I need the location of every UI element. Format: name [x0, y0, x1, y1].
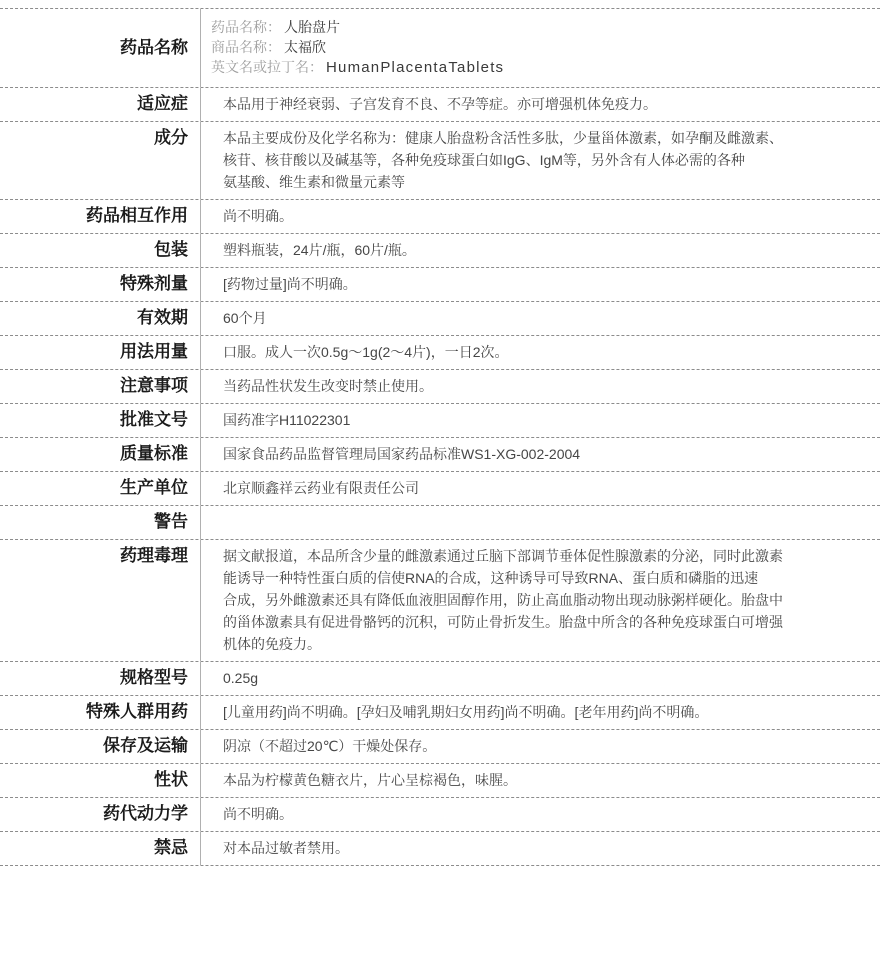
row-value-drug-name: 药品名称：人胎盘片 商品名称：太福欣 英文名或拉丁名：HumanPlacenta… [200, 9, 880, 87]
row-label-shelf-life: 有效期 [0, 302, 200, 335]
row-label-approval-number: 批准文号 [0, 404, 200, 437]
row-label-packaging: 包装 [0, 234, 200, 267]
row-value-packaging: 塑料瓶装，24片/瓶，60片/瓶。 [200, 234, 880, 267]
table-row-ingredients: 成分 本品主要成份及化学名称为：健康人胎盘粉含活性多肽，少量甾体激素，如孕酮及雌… [0, 122, 880, 200]
table-row-special-dosage: 特殊剂量 [药物过量]尚不明确。 [0, 268, 880, 302]
table-row-contraindications: 禁忌 对本品过敏者禁用。 [0, 832, 880, 866]
row-value-pharmacology-toxicology: 据文献报道，本品所含少量的雌激素通过丘脑下部调节垂体促性腺激素的分泌，同时此激素… [200, 540, 880, 661]
row-label-special-dosage: 特殊剂量 [0, 268, 200, 301]
row-label-contraindications: 禁忌 [0, 832, 200, 865]
table-row-precautions: 注意事项 当药品性状发生改变时禁止使用。 [0, 370, 880, 404]
row-label-specification: 规格型号 [0, 662, 200, 695]
drug-info-table: 药品名称 药品名称：人胎盘片 商品名称：太福欣 英文名或拉丁名：HumanPla… [0, 8, 880, 866]
row-label-pharmacokinetics: 药代动力学 [0, 798, 200, 831]
row-value-approval-number: 国药准字H11022301 [200, 404, 880, 437]
table-row-description: 性状 本品为柠檬黄色糖衣片，片心呈棕褐色，味腥。 [0, 764, 880, 798]
table-row-warning: 警告 [0, 506, 880, 540]
latin-name-value: HumanPlacentaTablets [326, 59, 504, 76]
row-label-storage-transport: 保存及运输 [0, 730, 200, 763]
row-value-precautions: 当药品性状发生改变时禁止使用。 [200, 370, 880, 403]
table-row-indications: 适应症 本品用于神经衰弱、子宫发育不良、不孕等症。亦可增强机体免疫力。 [0, 88, 880, 122]
row-value-shelf-life: 60个月 [200, 302, 880, 335]
row-label-description: 性状 [0, 764, 200, 797]
table-row-manufacturer: 生产单位 北京顺鑫祥云药业有限责任公司 [0, 472, 880, 506]
sub-row-generic-name: 药品名称：人胎盘片 [211, 17, 860, 37]
row-label-indications: 适应症 [0, 88, 200, 121]
row-value-special-populations: [儿童用药]尚不明确。[孕妇及哺乳期妇女用药]尚不明确。[老年用药]尚不明确。 [200, 696, 880, 729]
row-label-precautions: 注意事项 [0, 370, 200, 403]
sub-row-trade-name: 商品名称：太福欣 [211, 37, 860, 57]
row-value-pharmacokinetics: 尚不明确。 [200, 798, 880, 831]
row-label-drug-interactions: 药品相互作用 [0, 200, 200, 233]
drug-info-page: { "colors": { "label_text": "#1a1a1a", "… [0, 8, 880, 968]
row-value-warning [200, 506, 880, 539]
table-row-specification: 规格型号 0.25g [0, 662, 880, 696]
table-row-packaging: 包装 塑料瓶装，24片/瓶，60片/瓶。 [0, 234, 880, 268]
row-label-quality-standard: 质量标准 [0, 438, 200, 471]
table-row-drug-interactions: 药品相互作用 尚不明确。 [0, 200, 880, 234]
row-value-ingredients: 本品主要成份及化学名称为：健康人胎盘粉含活性多肽，少量甾体激素，如孕酮及雌激素、… [200, 122, 880, 199]
row-value-drug-interactions: 尚不明确。 [200, 200, 880, 233]
table-row-pharmacology-toxicology: 药理毒理 据文献报道，本品所含少量的雌激素通过丘脑下部调节垂体促性腺激素的分泌，… [0, 540, 880, 662]
latin-name-label: 英文名或拉丁名： [211, 59, 323, 75]
trade-name-label: 商品名称： [211, 39, 281, 55]
row-value-description: 本品为柠檬黄色糖衣片，片心呈棕褐色，味腥。 [200, 764, 880, 797]
sub-row-latin-name: 英文名或拉丁名：HumanPlacentaTablets [211, 57, 860, 78]
row-label-warning: 警告 [0, 506, 200, 539]
table-row-storage-transport: 保存及运输 阴凉（不超过20℃）干燥处保存。 [0, 730, 880, 764]
row-label-drug-name: 药品名称 [0, 9, 200, 87]
table-row-drug-name: 药品名称 药品名称：人胎盘片 商品名称：太福欣 英文名或拉丁名：HumanPla… [0, 9, 880, 88]
row-label-special-populations: 特殊人群用药 [0, 696, 200, 729]
row-value-specification: 0.25g [200, 662, 880, 695]
row-value-indications: 本品用于神经衰弱、子宫发育不良、不孕等症。亦可增强机体免疫力。 [200, 88, 880, 121]
trade-name-value: 太福欣 [284, 39, 326, 55]
row-label-ingredients: 成分 [0, 122, 200, 199]
generic-name-label: 药品名称： [211, 19, 281, 35]
row-value-contraindications: 对本品过敏者禁用。 [200, 832, 880, 865]
row-value-special-dosage: [药物过量]尚不明确。 [200, 268, 880, 301]
table-row-quality-standard: 质量标准 国家食品药品监督管理局国家药品标准WS1-XG-002-2004 [0, 438, 880, 472]
table-row-approval-number: 批准文号 国药准字H11022301 [0, 404, 880, 438]
row-value-dosage-administration: 口服。成人一次0.5g～1g(2～4片)，一日2次。 [200, 336, 880, 369]
table-row-special-populations: 特殊人群用药 [儿童用药]尚不明确。[孕妇及哺乳期妇女用药]尚不明确。[老年用药… [0, 696, 880, 730]
table-row-dosage-administration: 用法用量 口服。成人一次0.5g～1g(2～4片)，一日2次。 [0, 336, 880, 370]
generic-name-value: 人胎盘片 [284, 19, 340, 35]
row-label-pharmacology-toxicology: 药理毒理 [0, 540, 200, 661]
table-row-pharmacokinetics: 药代动力学 尚不明确。 [0, 798, 880, 832]
row-label-dosage-administration: 用法用量 [0, 336, 200, 369]
row-value-quality-standard: 国家食品药品监督管理局国家药品标准WS1-XG-002-2004 [200, 438, 880, 471]
row-value-storage-transport: 阴凉（不超过20℃）干燥处保存。 [200, 730, 880, 763]
row-label-manufacturer: 生产单位 [0, 472, 200, 505]
table-row-shelf-life: 有效期 60个月 [0, 302, 880, 336]
row-value-manufacturer: 北京顺鑫祥云药业有限责任公司 [200, 472, 880, 505]
